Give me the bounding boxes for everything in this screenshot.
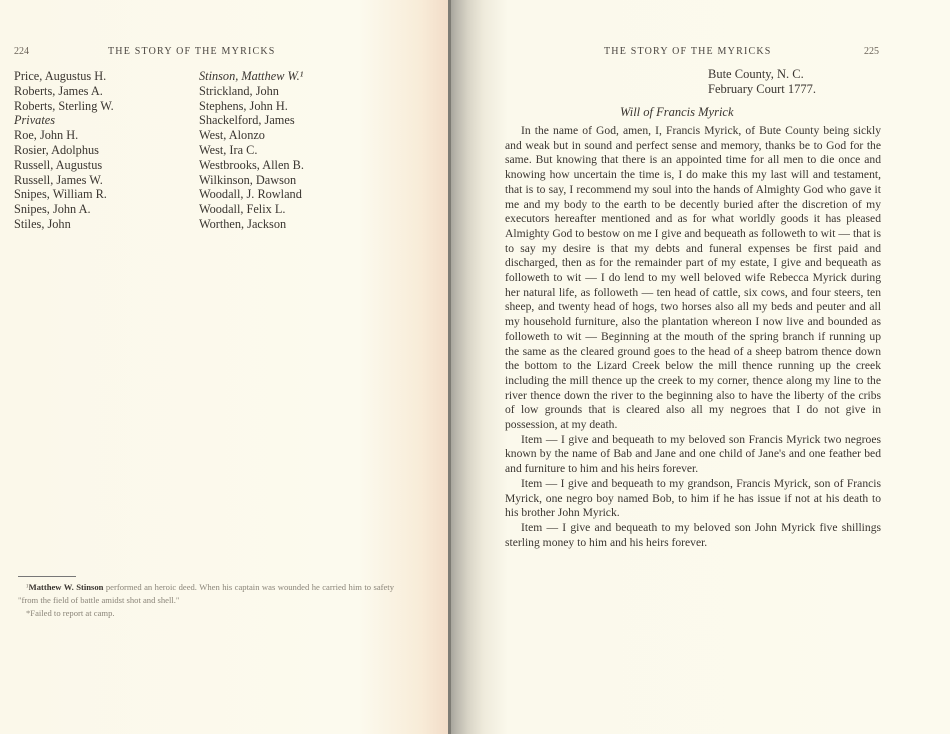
roster-name: Roberts, James A. xyxy=(14,84,114,99)
left-page: 224 THE STORY OF THE MYRICKS Price, Augu… xyxy=(0,0,448,734)
roster-name: Price, Augustus H. xyxy=(14,69,114,84)
will-location: Bute County, N. C. xyxy=(708,67,816,82)
footnotes: ¹Matthew W. Stinson performed an heroic … xyxy=(18,581,394,620)
roster-name: Roe, John H. xyxy=(14,128,114,143)
footnote-name: Matthew W. Stinson xyxy=(29,582,104,592)
roster-name: Strickland, John xyxy=(199,84,304,99)
roster-name: West, Alonzo xyxy=(199,128,304,143)
will-title: Will of Francis Myrick xyxy=(620,105,734,120)
roster-name: Westbrooks, Allen B. xyxy=(199,158,304,173)
will-paragraph: Item — I give and bequeath to my beloved… xyxy=(505,433,881,477)
will-paragraph: Item — I give and bequeath to my grandso… xyxy=(505,477,881,521)
roster-name: Shackelford, James xyxy=(199,113,304,128)
right-running-head: THE STORY OF THE MYRICKS xyxy=(604,46,772,57)
will-paragraph: Item — I give and bequeath to my beloved… xyxy=(505,521,881,550)
will-court-date: February Court 1777. xyxy=(708,82,816,97)
roster-name: Woodall, Felix L. xyxy=(199,202,304,217)
footnote-2: *Failed to report at camp. xyxy=(18,607,394,620)
book-gutter xyxy=(448,0,451,734)
roster-name: Rosier, Adolphus xyxy=(14,143,114,158)
roster-name: Wilkinson, Dawson xyxy=(199,173,304,188)
footnote-divider xyxy=(18,576,76,577)
roster-name: Russell, Augustus xyxy=(14,158,114,173)
roster-section-label: Privates xyxy=(14,113,114,128)
right-page-number: 225 xyxy=(864,46,879,57)
roster-name: West, Ira C. xyxy=(199,143,304,158)
left-page-number: 224 xyxy=(14,46,29,57)
roster-column-1: Price, Augustus H. Roberts, James A. Rob… xyxy=(14,69,114,232)
footnote-1: ¹Matthew W. Stinson performed an heroic … xyxy=(18,581,394,607)
roster-name: Worthen, Jackson xyxy=(199,217,304,232)
roster-name: Woodall, J. Rowland xyxy=(199,187,304,202)
will-heading: Bute County, N. C. February Court 1777. xyxy=(708,67,816,97)
roster-name: Stiles, John xyxy=(14,217,114,232)
roster-name: Stinson, Matthew W.¹ xyxy=(199,69,304,84)
roster-name: Stephens, John H. xyxy=(199,99,304,114)
roster-column-2: Stinson, Matthew W.¹ Strickland, John St… xyxy=(199,69,304,232)
roster-name: Russell, James W. xyxy=(14,173,114,188)
roster-name: Roberts, Sterling W. xyxy=(14,99,114,114)
left-running-head: THE STORY OF THE MYRICKS xyxy=(108,46,276,57)
roster-name: Snipes, John A. xyxy=(14,202,114,217)
roster-name: Snipes, William R. xyxy=(14,187,114,202)
will-body: In the name of God, amen, I, Francis Myr… xyxy=(505,124,881,550)
will-paragraph: In the name of God, amen, I, Francis Myr… xyxy=(505,124,881,433)
